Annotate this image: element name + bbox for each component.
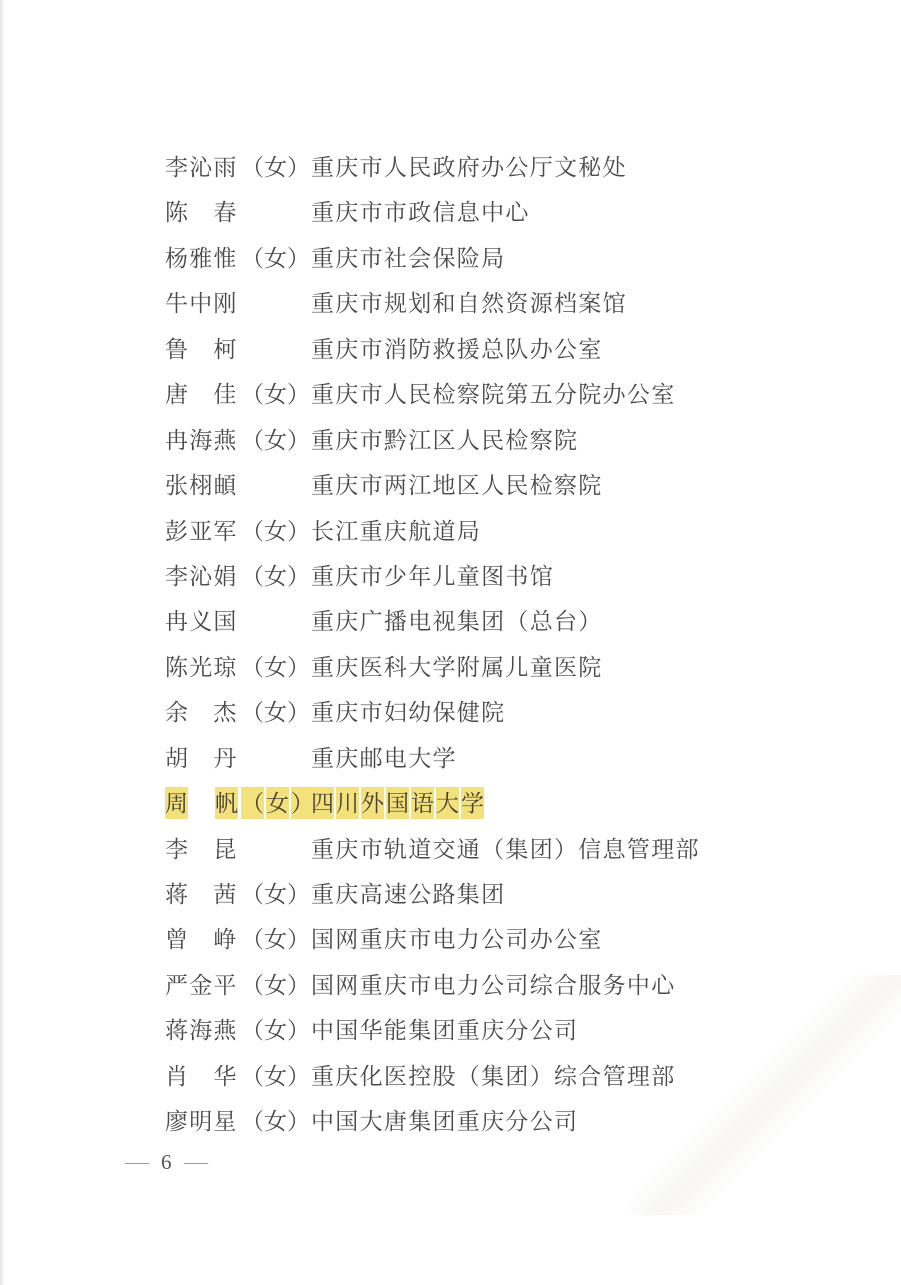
organization-name: 中国华能集团重庆分公司 xyxy=(311,1015,578,1047)
gender-marker: （女） xyxy=(241,652,311,684)
scan-page-edge xyxy=(0,0,4,1285)
person-name: 杨雅惟 xyxy=(165,243,241,275)
organization-name: 重庆市轨道交通（集团）信息管理部 xyxy=(311,834,700,866)
roster-row: 彭亚军（女）长江重庆航道局 xyxy=(165,516,805,561)
roster-row: 李沁娟（女）重庆市少年儿童图书馆 xyxy=(165,561,805,606)
roster-row: 廖明星（女）中国大唐集团重庆分公司 xyxy=(165,1106,805,1151)
organization-name: 重庆医科大学附属儿童医院 xyxy=(311,652,603,684)
person-name: 肖 华 xyxy=(165,1061,241,1093)
organization-name: 长江重庆航道局 xyxy=(311,516,481,548)
organization-name: 重庆市妇幼保健院 xyxy=(311,697,505,729)
roster-row: 唐 佳（女）重庆市人民检察院第五分院办公室 xyxy=(165,379,805,424)
person-name: 陈光琼 xyxy=(165,652,241,684)
organization-name: 四川外国语大学 xyxy=(311,788,486,820)
gender-marker: （女） xyxy=(241,425,311,457)
person-name: 牛中刚 xyxy=(165,288,241,320)
person-name: 冉海燕 xyxy=(165,425,241,457)
page-number-value: 6 xyxy=(161,1150,172,1175)
gender-marker: （女） xyxy=(241,1015,311,1047)
person-name: 彭亚军 xyxy=(165,516,241,548)
person-name: 陈 春 xyxy=(165,197,241,229)
person-name: 李沁娟 xyxy=(165,561,241,593)
gender-marker: （女） xyxy=(241,788,311,820)
gender-marker: （女） xyxy=(241,970,311,1002)
person-name: 蒋海燕 xyxy=(165,1015,241,1047)
person-name: 周 帆 xyxy=(165,788,241,820)
organization-name: 重庆市少年儿童图书馆 xyxy=(311,561,554,593)
organization-name: 重庆化医控股（集团）综合管理部 xyxy=(311,1061,676,1093)
organization-name: 重庆高速公路集团 xyxy=(311,879,505,911)
organization-name: 国网重庆市电力公司综合服务中心 xyxy=(311,970,676,1002)
roster-row: 曾 峥（女）国网重庆市电力公司办公室 xyxy=(165,924,805,969)
gender-marker: （女） xyxy=(241,152,311,184)
person-name: 胡 丹 xyxy=(165,743,241,775)
gender-marker: （女） xyxy=(241,697,311,729)
person-name: 余 杰 xyxy=(165,697,241,729)
person-name: 蒋 茜 xyxy=(165,879,241,911)
roster-row: 胡 丹重庆邮电大学 xyxy=(165,743,805,788)
roster-row: 余 杰（女）重庆市妇幼保健院 xyxy=(165,697,805,742)
roster-row: 牛中刚重庆市规划和自然资源档案馆 xyxy=(165,288,805,333)
organization-name: 中国大唐集团重庆分公司 xyxy=(311,1106,578,1138)
person-name: 李沁雨 xyxy=(165,152,241,184)
roster-row: 冉海燕（女）重庆市黔江区人民检察院 xyxy=(165,425,805,470)
roster-row: 杨雅惟（女）重庆市社会保险局 xyxy=(165,243,805,288)
roster-row: 蒋 茜（女）重庆高速公路集团 xyxy=(165,879,805,924)
gender-marker: （女） xyxy=(241,1106,311,1138)
person-name: 鲁 柯 xyxy=(165,334,241,366)
name-roster-list: 李沁雨（女）重庆市人民政府办公厅文秘处陈 春重庆市市政信息中心杨雅惟（女）重庆市… xyxy=(165,152,805,1152)
roster-row: 李沁雨（女）重庆市人民政府办公厅文秘处 xyxy=(165,152,805,197)
roster-row: 李 昆重庆市轨道交通（集团）信息管理部 xyxy=(165,834,805,879)
roster-row: 张栩頔重庆市两江地区人民检察院 xyxy=(165,470,805,515)
person-name: 张栩頔 xyxy=(165,470,241,502)
organization-name: 重庆市消防救援总队办公室 xyxy=(311,334,603,366)
organization-name: 重庆市市政信息中心 xyxy=(311,197,530,229)
gender-marker: （女） xyxy=(241,379,311,411)
person-name: 李 昆 xyxy=(165,834,241,866)
gender-marker: （女） xyxy=(241,879,311,911)
organization-name: 重庆市黔江区人民检察院 xyxy=(311,425,578,457)
roster-row: 严金平（女）国网重庆市电力公司综合服务中心 xyxy=(165,970,805,1015)
page-number-dash-right: — xyxy=(184,1151,208,1174)
roster-row: 陈光琼（女）重庆医科大学附属儿童医院 xyxy=(165,652,805,697)
person-name: 严金平 xyxy=(165,970,241,1002)
person-name: 冉义国 xyxy=(165,606,241,638)
organization-name: 重庆市社会保险局 xyxy=(311,243,505,275)
roster-row: 鲁 柯重庆市消防救援总队办公室 xyxy=(165,334,805,379)
organization-name: 重庆市人民政府办公厅文秘处 xyxy=(311,152,627,184)
organization-name: 重庆市两江地区人民检察院 xyxy=(311,470,603,502)
person-name: 廖明星 xyxy=(165,1106,241,1138)
gender-marker: （女） xyxy=(241,924,311,956)
gender-marker: （女） xyxy=(241,1061,311,1093)
gender-marker: （女） xyxy=(241,561,311,593)
organization-name: 重庆广播电视集团（总台） xyxy=(311,606,603,638)
person-name: 唐 佳 xyxy=(165,379,241,411)
roster-row: 冉义国重庆广播电视集团（总台） xyxy=(165,606,805,651)
roster-row-highlighted: 周 帆（女）四川外国语大学 xyxy=(165,788,805,833)
roster-row: 蒋海燕（女）中国华能集团重庆分公司 xyxy=(165,1015,805,1060)
organization-name: 国网重庆市电力公司办公室 xyxy=(311,924,603,956)
gender-marker: （女） xyxy=(241,516,311,548)
page-number: — 6 — xyxy=(127,1150,206,1175)
organization-name: 重庆市规划和自然资源档案馆 xyxy=(311,288,627,320)
gender-marker: （女） xyxy=(241,243,311,275)
roster-row: 肖 华（女）重庆化医控股（集团）综合管理部 xyxy=(165,1061,805,1106)
roster-row: 陈 春重庆市市政信息中心 xyxy=(165,197,805,242)
organization-name: 重庆市人民检察院第五分院办公室 xyxy=(311,379,676,411)
page-number-dash-left: — xyxy=(125,1151,149,1174)
organization-name: 重庆邮电大学 xyxy=(311,743,457,775)
person-name: 曾 峥 xyxy=(165,924,241,956)
